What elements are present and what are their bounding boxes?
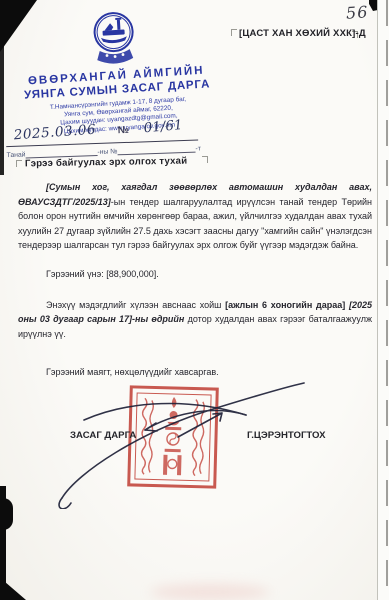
stamp-ink-smudge — [150, 584, 270, 600]
subject-line: Гэрээ байгуулах эрх олгох тухай — [25, 156, 187, 170]
crop-mark — [202, 156, 208, 163]
recipient-line: [ЦАСТ ХАН ХӨХИЙ ХХК]-Д — [239, 28, 366, 39]
paragraph-deadline: Энэхүү мэдэгдлийг хүлээн авснаас хойш [а… — [18, 298, 372, 342]
paragraph-text: Энэхүү мэдэгдлийг хүлээн авснаас хойш — [46, 300, 225, 310]
crop-mark — [231, 29, 237, 36]
deadline-days-bold: [ажлын 6 хоногийн дараа] — [225, 300, 345, 310]
reference-block: 2025.03.06 № 01/61 Танай -ны № -т — [5, 116, 246, 159]
scan-edge-line-right — [386, 0, 388, 600]
handwritten-page-number: 56 — [345, 2, 369, 23]
scanned-letter-page: 56 [ЦАСТ ХАН ХӨХИЙ ХХК]-Д ӨВӨРХАНГАЙ АЙМ — [0, 0, 389, 600]
handwritten-date: 2025.03.06 — [13, 122, 96, 144]
paragraph-contract-price: Гэрээний үнэ: [88,900,000]. — [18, 267, 372, 282]
crop-mark — [16, 160, 22, 167]
uyanga-emblem-icon — [73, 8, 154, 71]
scan-edge-shadow-left-top — [0, 0, 4, 175]
letter-body: [Сумын хог, хаягдал зөөвөрлөх автомашин … — [18, 180, 372, 380]
signature-icon — [48, 374, 333, 509]
handwritten-ref-number: 01/61 — [143, 117, 183, 136]
paragraph-tender-result: [Сумын хог, хаягдал зөөвөрлөх автомашин … — [18, 180, 372, 253]
blank-line — [117, 144, 195, 156]
scan-edge-bump-left — [0, 498, 13, 530]
reply-mid: -ны № — [97, 148, 117, 156]
number-sign: № — [118, 125, 130, 136]
reply-prefix: Танай — [6, 152, 25, 160]
reply-suffix: -т — [195, 145, 201, 152]
